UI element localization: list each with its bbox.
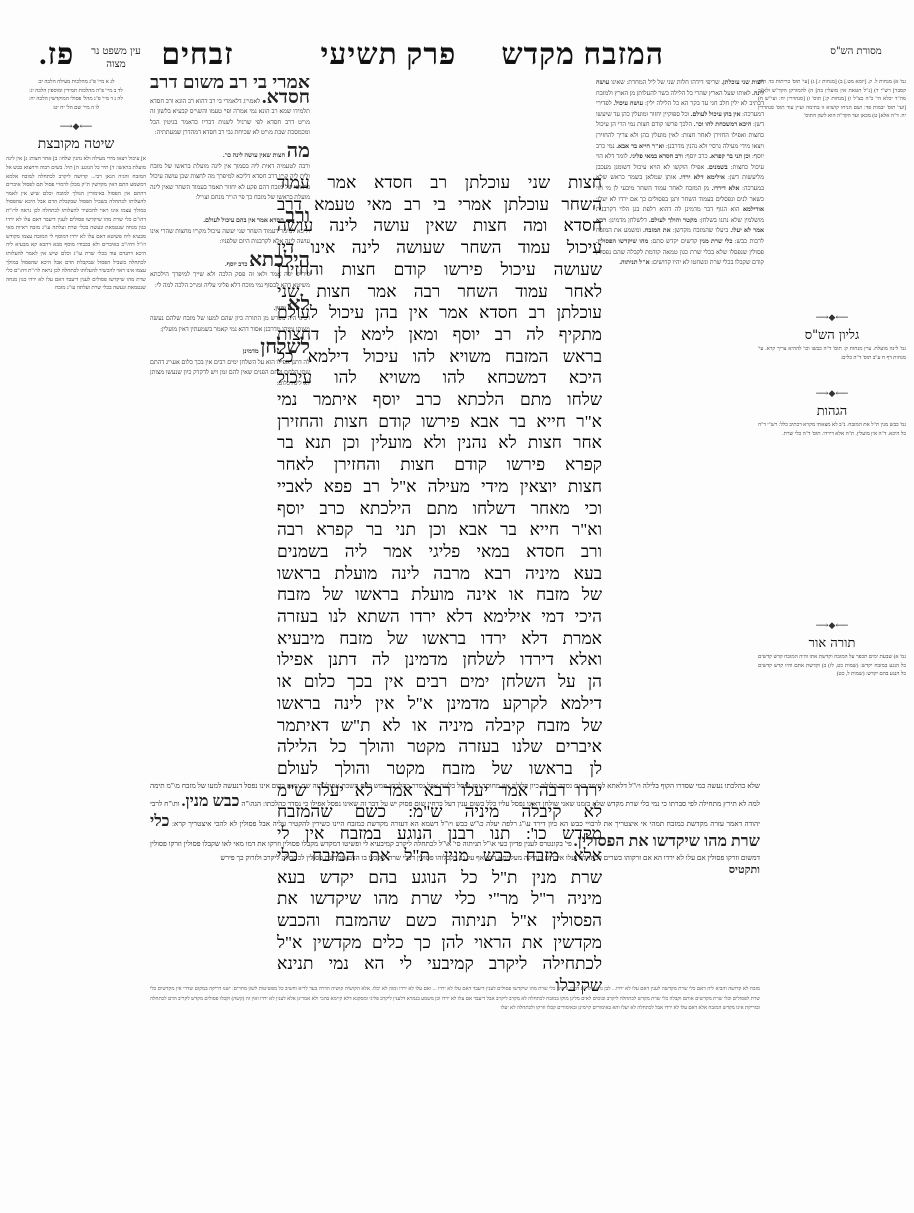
rashi-heading: כלי שרת מנין	[700, 238, 733, 245]
gemara-line: שלחו מתם הלכתא כרב יוסף איתמר נמי	[277, 389, 602, 411]
gemara-line: ורב חסדא במאי פליגי אמר ליה בשמנים	[277, 541, 602, 563]
gemara-line: א"ר חייא בר אבא פירשו קודם חצות והחזירן	[277, 411, 602, 433]
ornament-divider: ⟵◆⟶	[758, 621, 906, 631]
gemara-line: חסדא ומה חצות שאין עושה לינה עושה	[277, 215, 602, 237]
ein-mishpat-label: עין משפט נר מצוה	[86, 45, 146, 71]
tosafot-commentary: אמרי בי רב משום דרב חסדא. לאמ\"ג דלאמרי …	[150, 78, 310, 778]
ein-mishpat-entry: לג א מיי' פ"ג מהלכות מעילה הלכה יב:	[6, 78, 146, 87]
gemara-line: לאחר עמוד השחר רבה אמר חצות שני	[277, 281, 602, 303]
rashi-heading: חצות שני עוכלתן.	[721, 79, 764, 86]
footnote-body: מזבח לא קדושה והביא ליה דאם כלי שרת מקדש…	[232, 986, 760, 992]
gemara-line: וכי מאחר דשלחו מתם הילכתא כרב יוסף	[277, 498, 602, 520]
gemara-line: השחר עוכלתן אמרי בי רב מאי טעמא דרב	[277, 194, 602, 216]
gemara-line: אמרת דלא ירדו בראשו של מזבח מיבעיא	[277, 628, 602, 650]
gemara-line: חצות שני עוכלתן רב חסדא אמר עמוד	[277, 172, 602, 194]
gemara-line: עוכלתן רב חסדא אמר אין בהן עיכול לעולם	[277, 302, 602, 324]
tosafot-heading: מדמינן	[243, 348, 259, 355]
chapter-heading: המזבח מקדש	[501, 38, 664, 71]
gemara-line: בעא מיניה רבא מרבה לינה מועלת בראשו	[277, 563, 602, 585]
rashi-heading: אודילמא	[743, 206, 764, 213]
rashi-heading: וא"ר חייא בר אבא.	[616, 143, 664, 150]
rashi-heading: מהו שיקדשו הפסולין.	[596, 238, 648, 245]
rashi-heading: א"ל תניתוה.	[619, 259, 649, 266]
shita-mekubetzet-text: א] עיכול ויצאו מידי מעילה ולא נהנין שלחו…	[6, 155, 146, 1015]
tosafot-heading-big: לא	[288, 293, 310, 315]
gemara-line: וא"ר חייא בר אבא וכן תני בר קפרא רבה	[277, 519, 602, 541]
masoret-hashas-label: מסורת הש"ס	[826, 45, 886, 58]
left-margin: לג א מיי' פ"ג מהלכות מעילה הלכה יב: לד ב…	[6, 78, 146, 1015]
tosafot-heading: חצות שאין עושה לינה כו'.	[223, 152, 285, 159]
torah-or-title: תורה אור	[758, 635, 906, 651]
folio-number: פז.	[39, 38, 74, 71]
rashi-commentary: חצות שני עוכלתן. שריפי דידהו חלות שני של…	[596, 78, 764, 778]
chapter-number: פרק תשיעי	[321, 38, 457, 71]
tosafot-heading: חסדא אמר אין בהם עיכול לעולם.	[203, 217, 283, 224]
ornament-divider: ⟵◆⟶	[758, 313, 906, 323]
rashi-heading: מקטר והולך לעולם.	[649, 217, 697, 224]
tosafot-heading-big: ורב	[285, 205, 310, 227]
masoret-hashas-text: גמ' א) מנחות ל. ק. [יומא מט.] ב) [מנחות …	[758, 78, 906, 313]
gemara-line: היכא דמשכחא להו משויא להו עיכול	[277, 367, 602, 389]
tosafot-closing-word: ותקטיס	[150, 864, 760, 876]
gemara-line: דילמא לקרקע מדמינן א"ל אין לינה בראשו	[277, 693, 602, 715]
ornament-divider: ⟵◆⟶	[758, 389, 906, 399]
rashi-heading: ורב חסדא במאי פליגי.	[629, 153, 682, 160]
gemara-line: של מזבח קיבלה מיניה או לא ת"ש דאיתמר	[277, 715, 602, 737]
ein-mishpat-entry: לד ב מיי' פ"ה מהלכות תמידין ומוספין הלכה…	[6, 87, 146, 96]
rashi-heading: עושה עיכול.	[614, 100, 644, 107]
rashi-heading: אלא דירדו.	[712, 185, 740, 192]
ornament-divider: ⟵◆⟶	[6, 122, 146, 132]
rashi-heading: אילימא דלא ירדו.	[679, 174, 725, 181]
footnote-text: מזבח לא קדושה והביא ליה דאם כלי שרת מקדש…	[150, 985, 760, 1065]
gemara-line: מתקיף לה רב יוסף ומאן לימא לן דחצות	[277, 324, 602, 346]
tosafot-heading: כרב יוסף.	[225, 261, 247, 268]
shita-mekubetzet-title: שיטה מקובצת	[6, 136, 146, 153]
shita-mekubetzet-body-cont: וכלם שיש אין לאמר להעלותו לכתחלה בשביל ה…	[6, 191, 146, 292]
gemara-line: היכי דמי אילימא דלא ירדו השתא לנו בעזרה	[277, 606, 602, 628]
gemara-line: קפרא פירשו קודם חצות והחזירן לאחר	[277, 454, 602, 476]
tosafot-bottom-heading: כבש מנין.	[181, 793, 239, 810]
gemara-line: שעושה עיכול פירשו קודם חצות והחזירן	[277, 259, 602, 281]
hagahot-text: גמ' כבש מנין ת"ל את המזבח. נ"ב לא מצאתי …	[758, 421, 906, 621]
gemara-line: לן בראשו של מזבח מקטר והולך לעולם	[277, 758, 602, 780]
rashi-heading: את המזבח.	[643, 227, 671, 234]
tosafot-heading: נהנין.	[274, 305, 287, 312]
ein-mishpat-entry: לה ג ד מיי' פ"ג מהל' פסולי המוקדשין הלכה…	[6, 95, 146, 104]
rashi-heading: וכן תני בר קפרא.	[709, 153, 750, 160]
rashi-heading: היכא דמשכחת להו וכו'.	[694, 121, 751, 128]
rashi-heading: אין בהן עיכול לעולם.	[691, 111, 741, 118]
tosafot-heading-big: הילכתא	[249, 249, 310, 271]
gemara-line: חצות יוצאין מידי מעילה א"ל רב פפא לאביי	[277, 476, 602, 498]
tosafot-heading-big: מה	[287, 140, 310, 162]
hagahot-title: הגהות	[758, 403, 906, 419]
gemara-line: איברים שלנו בעזרה מקטר והולך כל הלילה	[277, 736, 602, 758]
lower-commentary: שלא כהלכתו נעשה כמי שסדרו הקוף בלילה וי\…	[150, 780, 760, 970]
right-margin: גמ' א) מנחות ל. ק. [יומא מט.] ב) [מנחות …	[758, 78, 906, 713]
gilyon-hashas-title: גליון הש"ס	[758, 327, 906, 343]
torah-or-text: גמ' א) שבעת ימים תכפר על המזבח וקדשת אתו…	[758, 653, 906, 713]
rashi-heading: בשמנים.	[707, 164, 727, 171]
ein-mishpat-entry: לו ה מיי' שם הל' יח יט:	[6, 104, 146, 113]
tosafot-lead-heading: אמרי בי רב משום דרב חסדא.	[150, 78, 310, 108]
gemara-line: ואלא דירדו לשלחן מדמינן לה דתנן אפילו	[277, 649, 602, 671]
gemara-line: של מזבח או אינה מועלת בראשו של מזבח	[277, 584, 602, 606]
gemara-line: עיכול עמוד השחר שעושה לינה אינו דין	[277, 237, 602, 259]
tosafot-bottom-heading: כלי שרת מהו שיקדשו את הפסולין.	[150, 813, 760, 850]
gemara-line: הן על השלחן ימים רבים אין בכך כלום או	[277, 671, 602, 693]
gilyon-hashas-text: גמ' לינה מועלת. עיין מנחות ק: תוס' ד"ה כ…	[758, 345, 906, 389]
gemara-line: אחר חצות לא נהנין ולא מועלין וכן תנא בר	[277, 432, 602, 454]
gemara-line: בראש המזבח משויא להו עיכול דילמא כל	[277, 346, 602, 368]
tractate-name: זבחים	[161, 38, 233, 71]
tosafot-heading-big: לשלחן	[260, 336, 310, 358]
